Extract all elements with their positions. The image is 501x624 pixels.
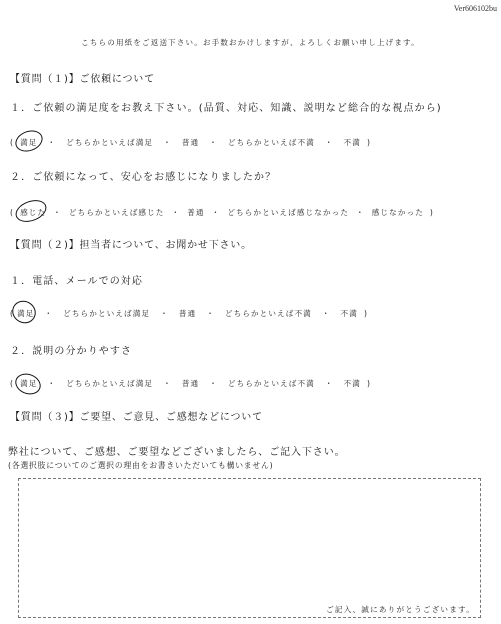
section-heading-1: 【質問（１)】ご依頼について xyxy=(10,70,155,85)
separator: ・ xyxy=(172,207,181,218)
version-label: Ver606102bu xyxy=(454,4,497,13)
options-q1-2: ( 感じた ・ どちらかといえば感じた ・ 普通 ・ どちらかといえば感じなかっ… xyxy=(10,207,434,218)
return-notice: こちらの用紙をご返送下さい。お手数おかけしますが、よろしくお願い申し上げます。 xyxy=(0,37,501,48)
option-somewhat-satisfied[interactable]: どちらかといえば満足 xyxy=(66,137,153,148)
option-dissatisfied[interactable]: 不満 xyxy=(344,137,361,148)
question-1-1: １．ご依頼の満足度をお教え下さい。(品質、対応、知識、説明など総合的な視点から) xyxy=(10,99,442,114)
options-q1-1: ( 満足 ・ どちらかといえば満足 ・ 普通 ・ どちらかといえば不満 ・ 不満… xyxy=(10,137,371,148)
option-somewhat-dissatisfied[interactable]: どちらかといえば不満 xyxy=(228,137,315,148)
option-satisfied[interactable]: 満足 xyxy=(20,137,37,148)
comments-heading: 弊社について、ご感想、ご要望などございましたら、ご記入下さい。 xyxy=(8,443,346,458)
separator: ・ xyxy=(53,207,62,218)
comment-box[interactable] xyxy=(18,478,481,618)
separator: ・ xyxy=(47,378,56,389)
separator: ・ xyxy=(212,207,221,218)
thanks-message: ご記入、誠にありがとうございます。 xyxy=(326,604,475,615)
paren-open: ( xyxy=(10,208,14,217)
paren-open: ( xyxy=(10,138,14,147)
option-satisfied[interactable]: 満足 xyxy=(17,308,34,319)
separator: ・ xyxy=(160,308,169,319)
separator: ・ xyxy=(209,137,218,148)
separator: ・ xyxy=(209,378,218,389)
options-q2-1: ( 満足 ・ どちらかといえば満足 ・ 普通 ・ どちらかといえば不満 ・ 不満… xyxy=(10,308,368,319)
paren-close: ) xyxy=(430,208,434,217)
comment-textarea[interactable] xyxy=(19,479,480,617)
question-1-2: ２．ご依頼になって、安心をお感じになりましたか？ xyxy=(10,168,276,183)
separator: ・ xyxy=(47,137,56,148)
separator: ・ xyxy=(356,207,365,218)
option-felt[interactable]: 感じた xyxy=(20,207,46,218)
paren-close: ) xyxy=(367,138,371,147)
option-dissatisfied[interactable]: 不満 xyxy=(344,378,361,389)
comments-subheading: (各選択肢についてのご選択の理由をお書きいただいても構いません) xyxy=(8,460,273,471)
section-heading-3: 【質問（３)】ご要望、ご意見、ご感想などについて xyxy=(10,408,263,423)
option-somewhat-dissatisfied[interactable]: どちらかといえば不満 xyxy=(225,308,312,319)
question-2-2: ２．説明の分かりやすさ xyxy=(10,342,132,357)
option-somewhat-satisfied[interactable]: どちらかといえば満足 xyxy=(66,378,153,389)
separator: ・ xyxy=(322,308,331,319)
separator: ・ xyxy=(44,308,53,319)
option-somewhat-dissatisfied[interactable]: どちらかといえば不満 xyxy=(228,378,315,389)
option-neutral[interactable]: 普通 xyxy=(182,137,199,148)
option-somewhat-not-felt[interactable]: どちらかといえば感じなかった xyxy=(227,207,349,218)
separator: ・ xyxy=(325,137,334,148)
paren-close: ) xyxy=(367,379,371,388)
paren-open: ( xyxy=(10,309,14,318)
option-somewhat-felt[interactable]: どちらかといえば感じた xyxy=(69,207,165,218)
options-q2-2: ( 満足 ・ どちらかといえば満足 ・ 普通 ・ どちらかといえば不満 ・ 不満… xyxy=(10,378,371,389)
option-neutral[interactable]: 普通 xyxy=(179,308,196,319)
paren-open: ( xyxy=(10,379,14,388)
option-dissatisfied[interactable]: 不満 xyxy=(341,308,358,319)
paren-close: ) xyxy=(364,309,368,318)
separator: ・ xyxy=(163,378,172,389)
option-neutral[interactable]: 普通 xyxy=(182,378,199,389)
separator: ・ xyxy=(206,308,215,319)
option-neutral[interactable]: 普通 xyxy=(187,207,204,218)
question-2-1: １．電話、メールでの対応 xyxy=(10,272,143,287)
section-heading-2: 【質問（２)】担当者について、お聞かせ下さい。 xyxy=(10,236,252,251)
separator: ・ xyxy=(163,137,172,148)
separator: ・ xyxy=(325,378,334,389)
option-satisfied[interactable]: 満足 xyxy=(20,378,37,389)
option-somewhat-satisfied[interactable]: どちらかといえば満足 xyxy=(63,308,150,319)
option-not-felt[interactable]: 感じなかった xyxy=(372,207,424,218)
